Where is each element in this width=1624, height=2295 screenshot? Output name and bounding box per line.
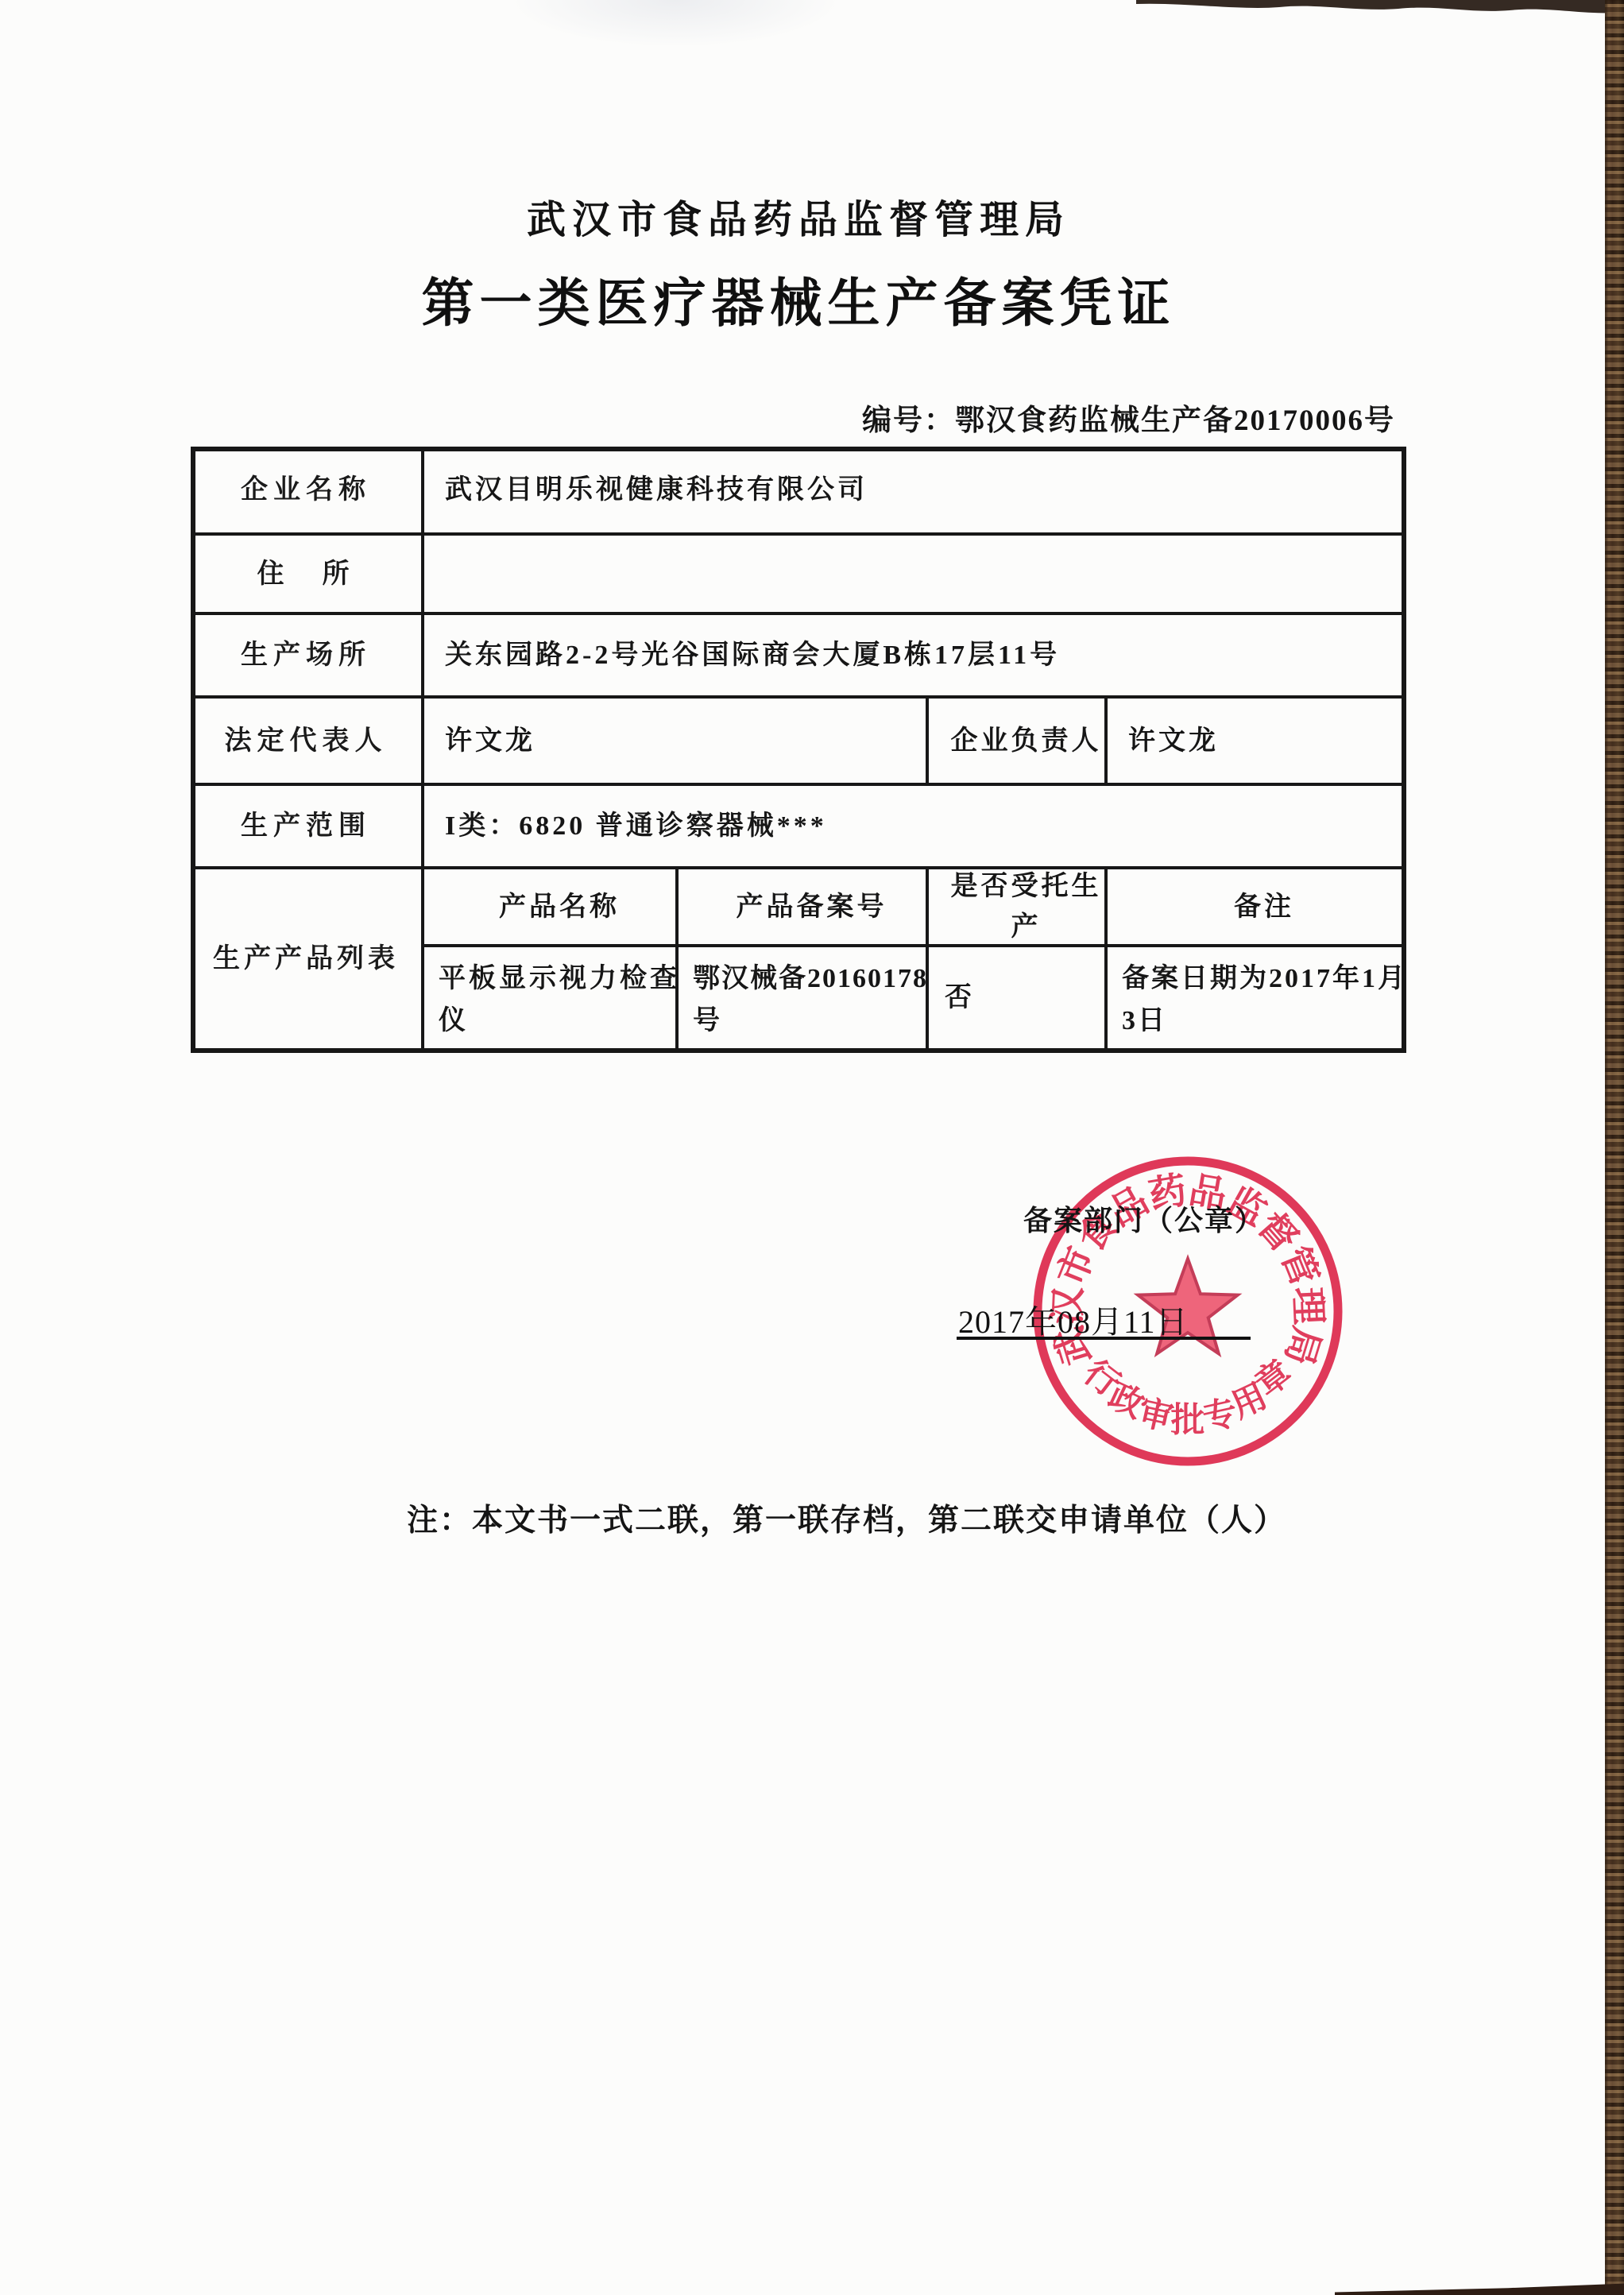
column-header-product-name: 产品名称 (424, 869, 694, 944)
footnote: 注：本文书一式二联，第一联存档，第二联交申请单位（人） (407, 1496, 1286, 1540)
scan-artifact-bottom-edge (1335, 2282, 1624, 2295)
filing-department-caption: 备案部门（公章） (1023, 1198, 1265, 1239)
date-underline (957, 1337, 1251, 1340)
field-value-legal-representative: 许文龙 (424, 699, 946, 783)
certificate-table: 企业名称 武汉目明乐视健康科技有限公司 住 所 生产场所 关东园路2-2号光谷国… (191, 447, 1406, 1053)
product-record-number-cell: 鄂汉械备20160178号 (679, 947, 953, 1059)
field-value-production-site: 关东园路2-2号光谷国际商会大厦B栋17层11号 (424, 615, 1422, 695)
stamp-arc-layer: 武汉市食品药品监督管理局行政审批专用章 (0, 0, 1624, 2295)
product-remark-cell: 备案日期为2017年1月3日 (1108, 947, 1429, 1059)
field-value-production-scope: I类：6820 普通诊察器械*** (424, 786, 1422, 866)
field-label-enterprise-manager: 企业负责人 (929, 699, 1123, 783)
field-label-production-scope: 生产范围 (191, 786, 421, 866)
column-header-remark: 备注 (1108, 869, 1421, 944)
column-header-record-number: 产品备案号 (679, 869, 945, 944)
field-label-company-name: 企业名称 (191, 447, 421, 532)
certificate-title: 第一类医疗器械生产备案凭证 (159, 261, 1438, 336)
scanned-certificate-page: 武汉市食品药品监督管理局 第一类医疗器械生产备案凭证 编号：鄂汉食药监械生产备2… (0, 0, 1624, 2295)
column-header-entrusted: 是否受托生产 (929, 869, 1123, 944)
field-label-legal-representative: 法定代表人 (191, 699, 421, 783)
field-value-company-name: 武汉目明乐视健康科技有限公司 (424, 447, 1422, 532)
filing-date: 2017年08月11日 (958, 1297, 1189, 1342)
scan-artifact-right-edge (1605, 0, 1624, 2295)
issuing-authority-title: 武汉市食品药品监督管理局 (191, 189, 1406, 245)
field-label-production-site: 生产场所 (191, 615, 421, 695)
certificate-number: 编号：鄂汉食药监械生产备20170006号 (191, 396, 1395, 439)
field-value-residence (424, 536, 1422, 612)
field-label-residence: 住 所 (191, 536, 421, 612)
product-name-cell: 平板显示视力检查仪 (424, 947, 702, 1059)
scan-artifact-top-edge (1136, 0, 1624, 17)
scan-smudge-top (508, 0, 842, 48)
product-entrusted-cell: 否 (929, 947, 1120, 1048)
section-label-product-list: 生产产品列表 (191, 869, 421, 1048)
field-value-enterprise-manager: 许文龙 (1108, 699, 1422, 783)
